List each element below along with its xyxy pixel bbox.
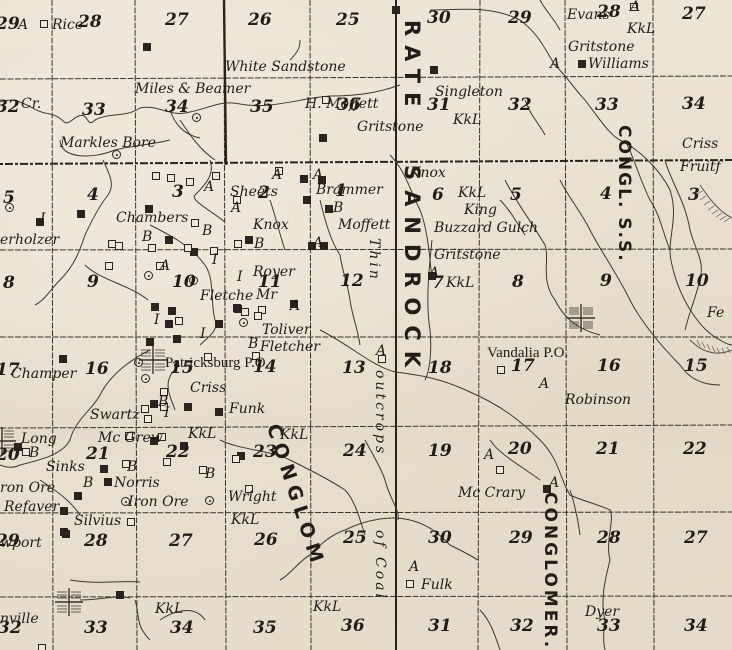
section-number: 29 bbox=[0, 16, 20, 33]
owner-letter: A bbox=[539, 377, 549, 391]
owner-letter: B bbox=[29, 446, 39, 460]
filled-square-icon bbox=[184, 403, 192, 411]
open-square-icon bbox=[241, 308, 249, 316]
section-number: 3 bbox=[688, 187, 700, 204]
section-number: 4 bbox=[600, 186, 612, 203]
bore-circle-icon bbox=[134, 358, 143, 367]
section-number: 27 bbox=[684, 530, 708, 547]
place-name: Mc Grew bbox=[98, 431, 163, 445]
filled-square-icon bbox=[165, 320, 173, 328]
place-name: KkL bbox=[458, 186, 486, 200]
place-name: Norris bbox=[114, 476, 160, 490]
filled-square-icon bbox=[392, 6, 400, 14]
place-name: Criss bbox=[190, 381, 226, 395]
owner-letter: I bbox=[154, 313, 160, 327]
filled-square-icon bbox=[325, 205, 333, 213]
owner-letter: A bbox=[272, 168, 282, 182]
section-number: 16 bbox=[597, 358, 621, 375]
owner-letter: I bbox=[40, 212, 46, 226]
filled-square-icon bbox=[319, 134, 327, 142]
section-number: 22 bbox=[683, 441, 707, 458]
section-number: 15 bbox=[684, 358, 708, 375]
filled-square-icon bbox=[104, 478, 112, 486]
place-name: Markles Bore bbox=[60, 136, 156, 150]
section-number: 10 bbox=[685, 273, 709, 290]
section-number: 10 bbox=[172, 274, 196, 291]
open-square-icon bbox=[191, 219, 199, 227]
place-name: Miles & Beamer bbox=[135, 82, 250, 96]
bore-circle-icon bbox=[205, 496, 214, 505]
place-name: KkL bbox=[188, 427, 216, 441]
filled-square-icon bbox=[168, 307, 176, 315]
owner-letter: B bbox=[142, 230, 152, 244]
owner-letter: A bbox=[549, 476, 559, 490]
place-name: erholzer bbox=[0, 233, 59, 247]
place-name: Rice bbox=[52, 18, 83, 32]
owner-letter: A bbox=[231, 201, 241, 215]
place-name: Wright bbox=[228, 490, 277, 504]
section-number: 27 bbox=[169, 533, 193, 550]
section-number: 29 bbox=[508, 10, 532, 27]
open-square-icon bbox=[40, 20, 48, 28]
place-name: Long bbox=[21, 432, 57, 446]
open-square-icon bbox=[141, 405, 149, 413]
filled-square-icon bbox=[146, 338, 154, 346]
section-number: 32 bbox=[510, 618, 534, 635]
owner-letter: A bbox=[160, 259, 170, 273]
place-name: KkL bbox=[313, 600, 341, 614]
place-name: Brammer bbox=[316, 183, 383, 197]
section-number: 20 bbox=[508, 441, 532, 458]
filled-square-icon bbox=[150, 400, 158, 408]
section-number: 5 bbox=[3, 190, 15, 207]
section-number: 24 bbox=[343, 443, 367, 460]
section-number: 18 bbox=[428, 360, 452, 377]
place-name: Fulk bbox=[421, 578, 453, 592]
owner-letter: A bbox=[630, 0, 640, 14]
filled-square-icon bbox=[430, 66, 438, 74]
section-number: 9 bbox=[87, 274, 99, 291]
owner-letter: A bbox=[18, 18, 28, 32]
owner-letter: B bbox=[248, 337, 258, 351]
congl-ss-label: CONGL. S.S. bbox=[614, 125, 634, 263]
patricksburg-town-symbol bbox=[139, 346, 167, 374]
section-number: 4 bbox=[87, 187, 99, 204]
place-name: ron Ore bbox=[0, 481, 55, 495]
place-name: Fe bbox=[707, 306, 724, 320]
place-name: King bbox=[464, 203, 497, 217]
section-number: 33 bbox=[597, 618, 621, 635]
place-name: Gritstone bbox=[568, 40, 635, 54]
filled-square-icon bbox=[77, 210, 85, 218]
section-number: 20 bbox=[0, 447, 20, 464]
section-number: 26 bbox=[248, 12, 272, 29]
open-square-icon bbox=[184, 244, 192, 252]
place-name: Criss bbox=[682, 137, 718, 151]
section-number: 12 bbox=[340, 273, 364, 290]
section-number: 34 bbox=[682, 96, 706, 113]
section-number: 19 bbox=[428, 443, 452, 460]
bore-circle-icon bbox=[144, 271, 153, 280]
filled-square-icon bbox=[215, 320, 223, 328]
section-number: 21 bbox=[596, 441, 620, 458]
place-name: Dyer bbox=[585, 605, 619, 619]
section-number: 32 bbox=[508, 97, 532, 114]
open-square-icon bbox=[496, 466, 504, 474]
place-name: Silvius bbox=[74, 514, 121, 528]
section-number: 33 bbox=[84, 620, 108, 637]
owner-letter: I bbox=[212, 253, 218, 267]
section-number: 35 bbox=[253, 620, 277, 637]
owner-letter: B bbox=[202, 224, 212, 238]
rate-sandrock-label: RATE bbox=[400, 20, 424, 115]
open-square-icon bbox=[105, 262, 113, 270]
section-number: 32 bbox=[0, 99, 20, 116]
open-square-icon bbox=[232, 455, 240, 463]
owner-letter: A bbox=[313, 168, 323, 182]
bore-circle-icon bbox=[141, 374, 150, 383]
filled-square-icon bbox=[151, 303, 159, 311]
open-square-icon bbox=[152, 172, 160, 180]
filled-square-icon bbox=[245, 236, 253, 244]
place-name: Evans bbox=[567, 8, 610, 22]
section-number: 13 bbox=[342, 360, 366, 377]
place-name: Fletcher bbox=[260, 340, 320, 354]
section-number: 9 bbox=[600, 273, 612, 290]
place-name: Vandalia P.O. bbox=[487, 346, 568, 361]
section-number: 3 bbox=[172, 184, 184, 201]
place-name: Robinson bbox=[565, 393, 631, 407]
section-number: 33 bbox=[595, 97, 619, 114]
filled-square-icon bbox=[215, 408, 223, 416]
owner-letter: B bbox=[205, 467, 215, 481]
place-name: Moffett bbox=[338, 218, 390, 232]
owner-letter: B bbox=[83, 476, 93, 490]
filled-square-icon bbox=[60, 507, 68, 515]
sandrock-label: SANDROCK bbox=[400, 165, 424, 377]
section-number: 25 bbox=[343, 530, 367, 547]
place-name: Royer bbox=[253, 265, 295, 279]
place-name: White Sandstone bbox=[225, 60, 346, 74]
place-name: Williams bbox=[588, 57, 649, 71]
thin-outcrops-label: Thin bbox=[366, 238, 382, 282]
place-name: Knox bbox=[253, 218, 289, 232]
open-square-icon bbox=[497, 366, 505, 374]
filled-square-icon bbox=[74, 492, 82, 500]
place-name: Refaver bbox=[4, 500, 59, 514]
place-name: Buzzard Gulch bbox=[434, 221, 538, 235]
place-name: H. Moffett bbox=[305, 97, 378, 111]
place-name: Cr. bbox=[21, 97, 41, 111]
place-name: KkL bbox=[627, 22, 655, 36]
open-square-icon bbox=[186, 178, 194, 186]
place-name: Patricksburg P.O. bbox=[165, 356, 269, 371]
place-name: Iron Ore bbox=[128, 495, 189, 509]
place-name: Toliver bbox=[262, 323, 311, 337]
owner-letter: A bbox=[409, 560, 419, 574]
owner-letter: B bbox=[254, 237, 264, 251]
place-name: wport bbox=[0, 536, 42, 550]
owner-letter: A bbox=[204, 180, 214, 194]
owner-letter: B bbox=[127, 460, 137, 474]
vandalia-town-symbol bbox=[567, 304, 595, 332]
owner-letter: A bbox=[290, 299, 300, 313]
place-name: Fletche bbox=[200, 289, 253, 303]
place-name: Chambers bbox=[116, 211, 188, 225]
section-number: 34 bbox=[684, 618, 708, 635]
section-number: 21 bbox=[86, 446, 110, 463]
owner-letter: I bbox=[164, 406, 170, 420]
section-number: 33 bbox=[82, 102, 106, 119]
place-name: Mc Crary bbox=[458, 486, 525, 500]
section-number: 35 bbox=[250, 99, 274, 116]
owner-letter: A bbox=[484, 448, 494, 462]
open-square-icon bbox=[144, 415, 152, 423]
open-square-icon bbox=[175, 317, 183, 325]
outcrops-label: outcrops bbox=[372, 370, 388, 456]
place-name: Mr bbox=[256, 288, 277, 302]
filled-square-icon bbox=[300, 175, 308, 183]
place-name: Funk bbox=[229, 402, 265, 416]
section-number: 8 bbox=[3, 275, 15, 292]
place-name: Sinks bbox=[46, 460, 85, 474]
owner-letter: I bbox=[200, 327, 206, 341]
open-square-icon bbox=[254, 312, 262, 320]
town-symbol-southwest bbox=[55, 588, 83, 616]
section-number: 30 bbox=[428, 530, 452, 547]
filled-square-icon bbox=[165, 236, 173, 244]
owner-letter: A bbox=[429, 266, 439, 280]
section-number: 34 bbox=[170, 620, 194, 637]
filled-square-icon bbox=[578, 60, 586, 68]
bore-circle-icon bbox=[239, 318, 248, 327]
owner-letter: I bbox=[237, 270, 243, 284]
open-square-icon bbox=[38, 644, 46, 650]
section-number: 27 bbox=[165, 12, 189, 29]
owner-letter: B bbox=[333, 201, 343, 215]
place-name: Gritstone bbox=[357, 120, 424, 134]
section-number: 29 bbox=[509, 530, 533, 547]
place-name: KkL bbox=[155, 602, 183, 616]
section-number: 28 bbox=[597, 530, 621, 547]
section-number: 27 bbox=[682, 6, 706, 23]
bore-circle-icon bbox=[192, 113, 201, 122]
filled-square-icon bbox=[116, 591, 124, 599]
place-name: nville bbox=[0, 612, 39, 626]
place-name: Fruitf bbox=[680, 160, 721, 174]
open-square-icon bbox=[234, 240, 242, 248]
place-name: Sheets bbox=[230, 185, 278, 199]
filled-square-icon bbox=[100, 465, 108, 473]
owner-letter: A bbox=[550, 57, 560, 71]
filled-square-icon bbox=[143, 43, 151, 51]
owner-letter: A bbox=[376, 344, 386, 358]
section-number: 25 bbox=[336, 12, 360, 29]
section-number: 8 bbox=[512, 274, 524, 291]
place-name: Swartz bbox=[90, 408, 140, 422]
place-name: KkL bbox=[453, 113, 481, 127]
open-square-icon bbox=[406, 580, 414, 588]
filled-square-icon bbox=[59, 355, 67, 363]
section-number: 36 bbox=[341, 618, 365, 635]
section-number: 34 bbox=[165, 99, 189, 116]
plat-map[interactable]: 2928272625302928273233343536313233345432… bbox=[0, 0, 732, 650]
place-name: Champer bbox=[11, 367, 76, 381]
section-number: 31 bbox=[428, 618, 452, 635]
filled-square-icon bbox=[60, 528, 68, 536]
filled-square-icon bbox=[303, 196, 311, 204]
section-number: 5 bbox=[510, 187, 522, 204]
place-name: KkL bbox=[446, 276, 474, 290]
place-name: Singleton bbox=[435, 85, 503, 99]
bore-circle-icon bbox=[112, 150, 121, 159]
section-number: 22 bbox=[166, 444, 190, 461]
open-square-icon bbox=[127, 518, 135, 526]
section-number: 26 bbox=[254, 532, 278, 549]
filled-square-icon bbox=[173, 335, 181, 343]
open-square-icon bbox=[167, 174, 175, 182]
of-coal-label: of Coal bbox=[372, 530, 388, 601]
place-name: KkL bbox=[231, 513, 259, 527]
section-number: 16 bbox=[85, 361, 109, 378]
place-name: Gritstone bbox=[434, 248, 501, 262]
open-square-icon bbox=[115, 242, 123, 250]
conglomer-label: CONGLOMER. bbox=[540, 492, 560, 650]
section-number: 30 bbox=[427, 10, 451, 27]
section-number: 28 bbox=[84, 533, 108, 550]
open-square-icon bbox=[148, 244, 156, 252]
section-number: 6 bbox=[432, 187, 444, 204]
owner-letter: A bbox=[313, 236, 323, 250]
